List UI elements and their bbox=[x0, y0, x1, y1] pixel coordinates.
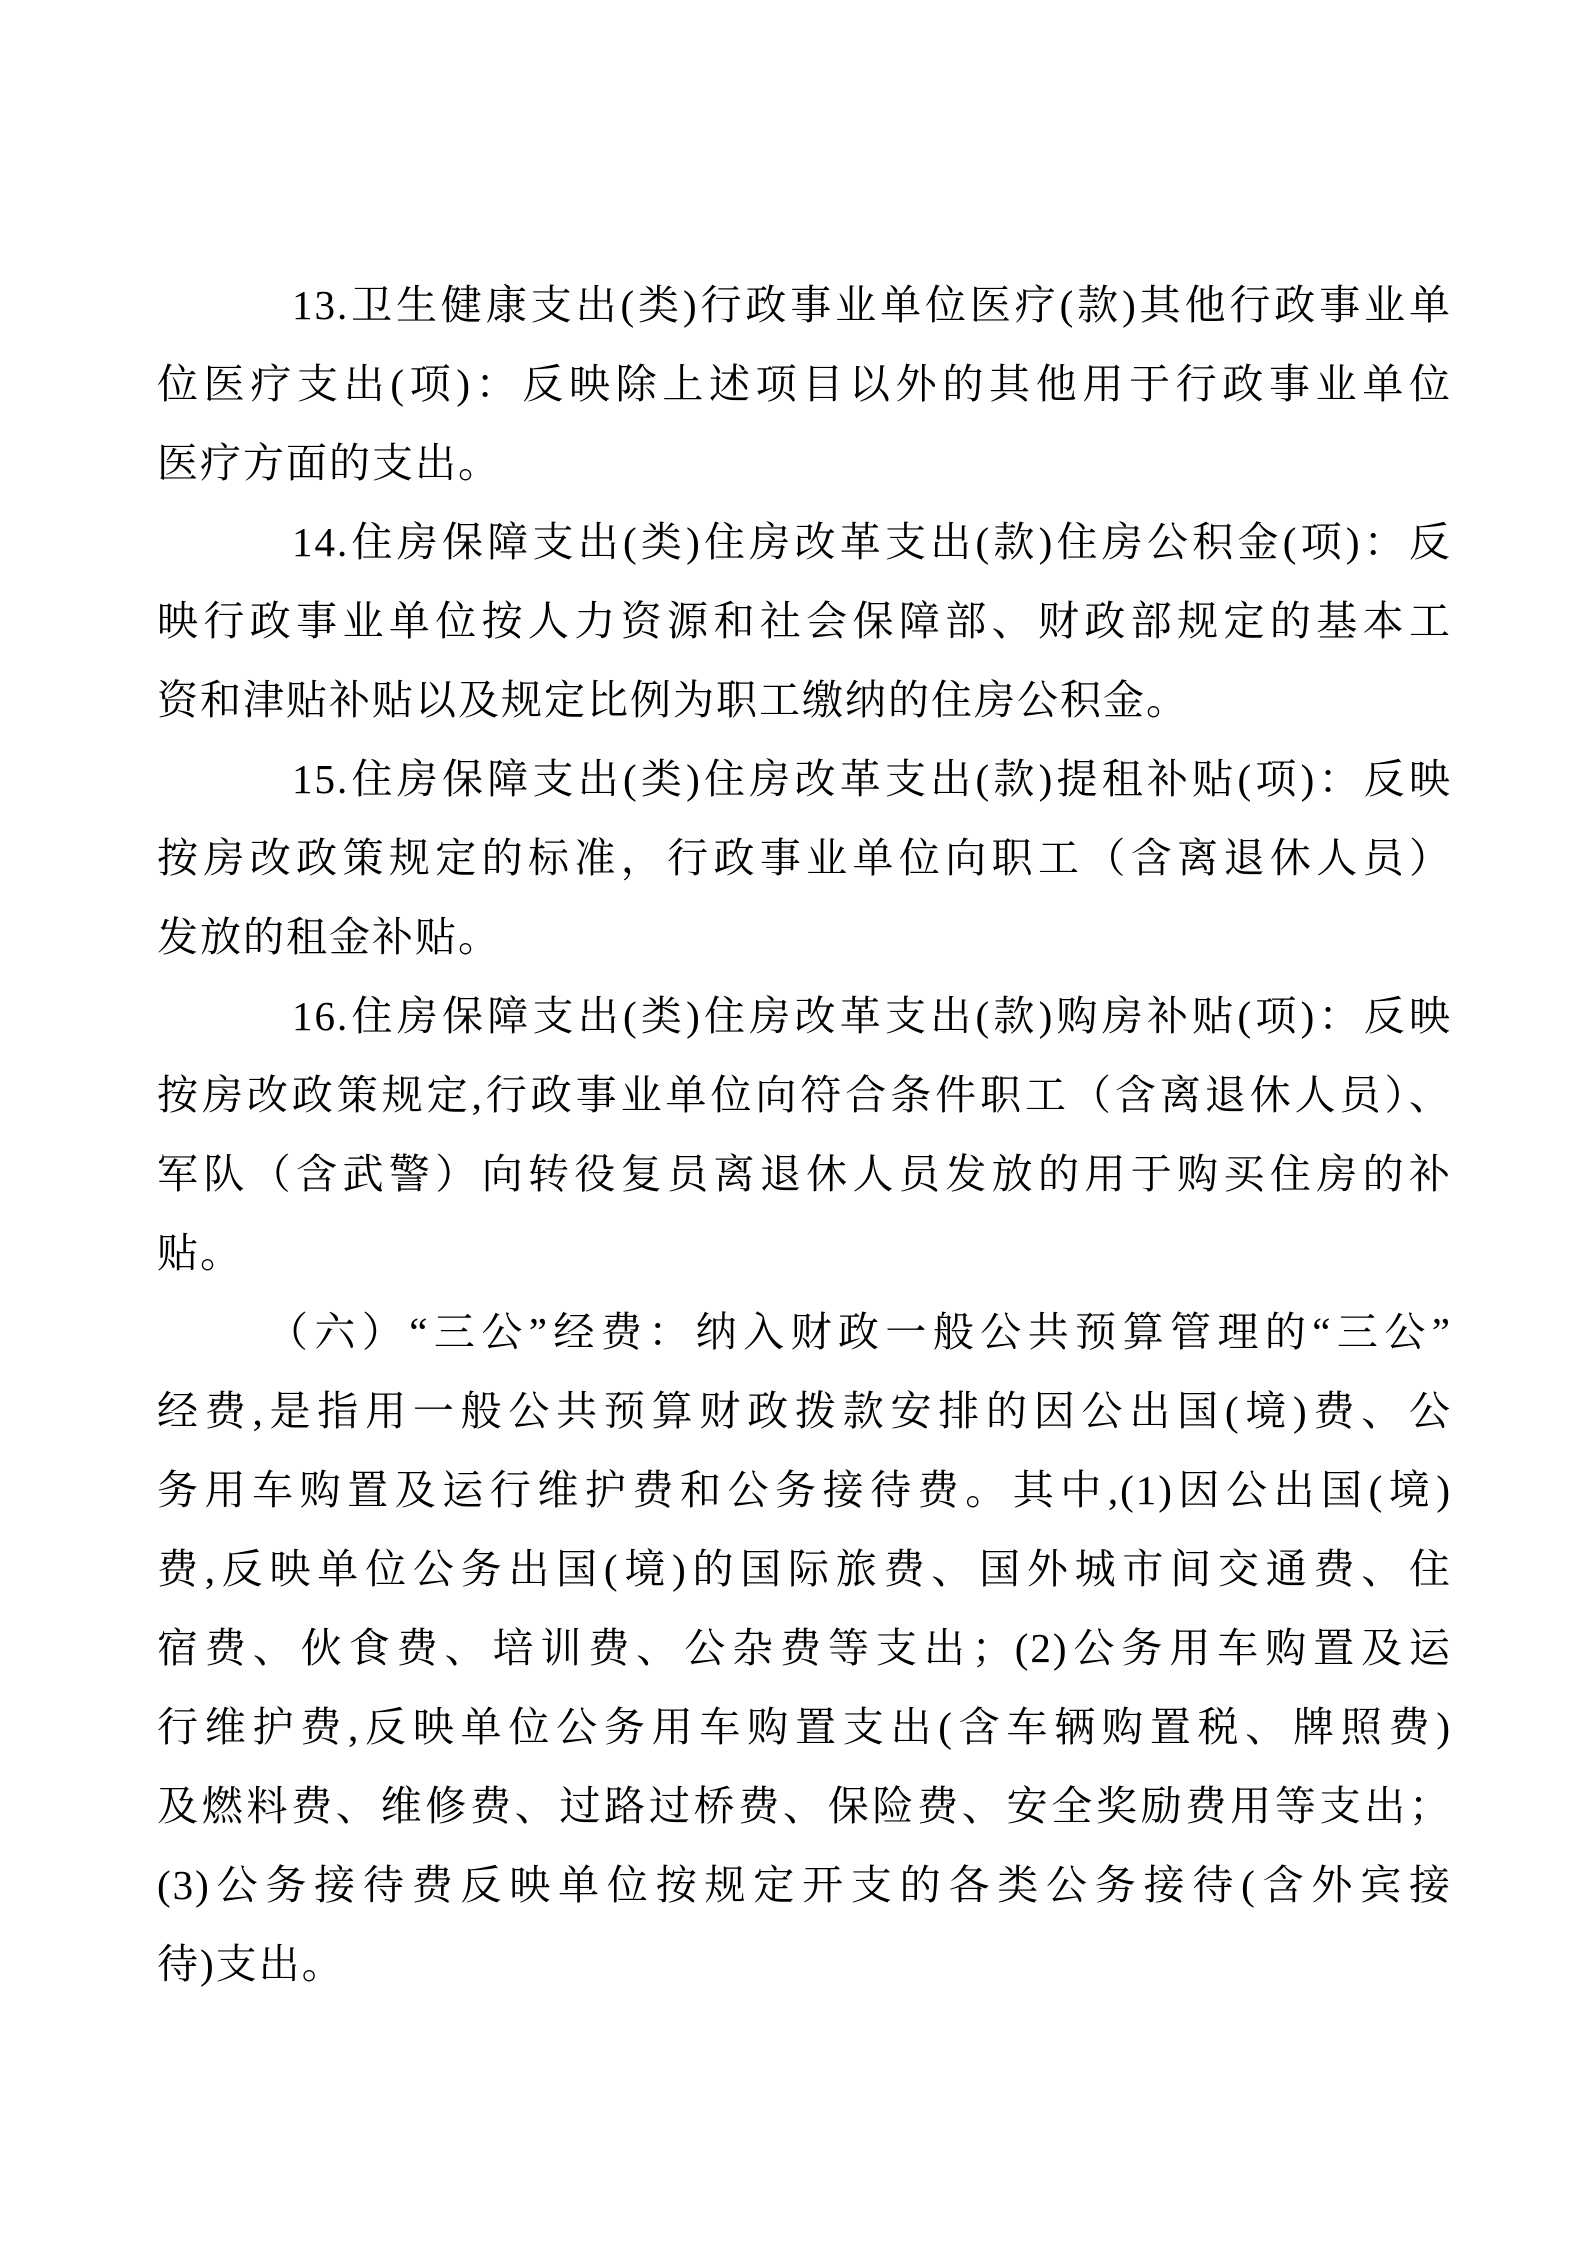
paragraph-sangong-expenses: （六）“三公”经费：纳入财政一般公共预算管理的“三公” 经费,是指用一般公共预算… bbox=[157, 1293, 1452, 2004]
text-line: 费,反映单位公务出国(境)的国际旅费、国外城市间交通费、住 bbox=[157, 1530, 1452, 1609]
text-line: 务用车购置及运行维护费和公务接待费。其中,(1)因公出国(境) bbox=[157, 1451, 1452, 1530]
text-line: 贴。 bbox=[157, 1214, 1452, 1293]
paragraph-item-16: 16.住房保障支出(类)住房改革支出(款)购房补贴(项)：反映 按房改政策规定,… bbox=[157, 977, 1452, 1293]
text-line: 待)支出。 bbox=[157, 1925, 1452, 2004]
document-page: 13.卫生健康支出(类)行政事业单位医疗(款)其他行政事业单 位医疗支出(项)：… bbox=[0, 0, 1587, 2245]
paragraph-item-14: 14.住房保障支出(类)住房改革支出(款)住房公积金(项)：反 映行政事业单位按… bbox=[157, 503, 1452, 740]
text-line: 经费,是指用一般公共预算财政拨款安排的因公出国(境)费、公 bbox=[157, 1372, 1452, 1451]
text-line: 按房改政策规定,行政事业单位向符合条件职工（含离退休人员）、 bbox=[157, 1056, 1452, 1135]
text-line: 位医疗支出(项)：反映除上述项目以外的其他用于行政事业单位 bbox=[157, 345, 1452, 424]
text-line: 映行政事业单位按人力资源和社会保障部、财政部规定的基本工 bbox=[157, 582, 1452, 661]
text-line: 资和津贴补贴以及规定比例为职工缴纳的住房公积金。 bbox=[157, 661, 1452, 740]
text-line: 发放的租金补贴。 bbox=[157, 898, 1452, 977]
text-line: 宿费、伙食费、培训费、公杂费等支出；(2)公务用车购置及运 bbox=[157, 1609, 1452, 1688]
text-line: 军队（含武警）向转役复员离退休人员发放的用于购买住房的补 bbox=[157, 1135, 1452, 1214]
text-line: 行维护费,反映单位公务用车购置支出(含车辆购置税、牌照费) bbox=[157, 1688, 1452, 1767]
paragraph-item-13: 13.卫生健康支出(类)行政事业单位医疗(款)其他行政事业单 位医疗支出(项)：… bbox=[157, 266, 1452, 503]
text-line: 15.住房保障支出(类)住房改革支出(款)提租补贴(项)：反映 bbox=[157, 740, 1452, 819]
paragraph-item-15: 15.住房保障支出(类)住房改革支出(款)提租补贴(项)：反映 按房改政策规定的… bbox=[157, 740, 1452, 977]
text-line: （六）“三公”经费：纳入财政一般公共预算管理的“三公” bbox=[157, 1293, 1452, 1372]
document-text-column: 13.卫生健康支出(类)行政事业单位医疗(款)其他行政事业单 位医疗支出(项)：… bbox=[157, 266, 1452, 2004]
text-line: 及燃料费、维修费、过路过桥费、保险费、安全奖励费用等支出； bbox=[157, 1767, 1452, 1846]
text-line: 13.卫生健康支出(类)行政事业单位医疗(款)其他行政事业单 bbox=[157, 266, 1452, 345]
text-line: 按房改政策规定的标准，行政事业单位向职工（含离退休人员） bbox=[157, 819, 1452, 898]
text-line: 14.住房保障支出(类)住房改革支出(款)住房公积金(项)：反 bbox=[157, 503, 1452, 582]
text-line: 医疗方面的支出。 bbox=[157, 424, 1452, 503]
text-line: (3)公务接待费反映单位按规定开支的各类公务接待(含外宾接 bbox=[157, 1846, 1452, 1925]
text-line: 16.住房保障支出(类)住房改革支出(款)购房补贴(项)：反映 bbox=[157, 977, 1452, 1056]
